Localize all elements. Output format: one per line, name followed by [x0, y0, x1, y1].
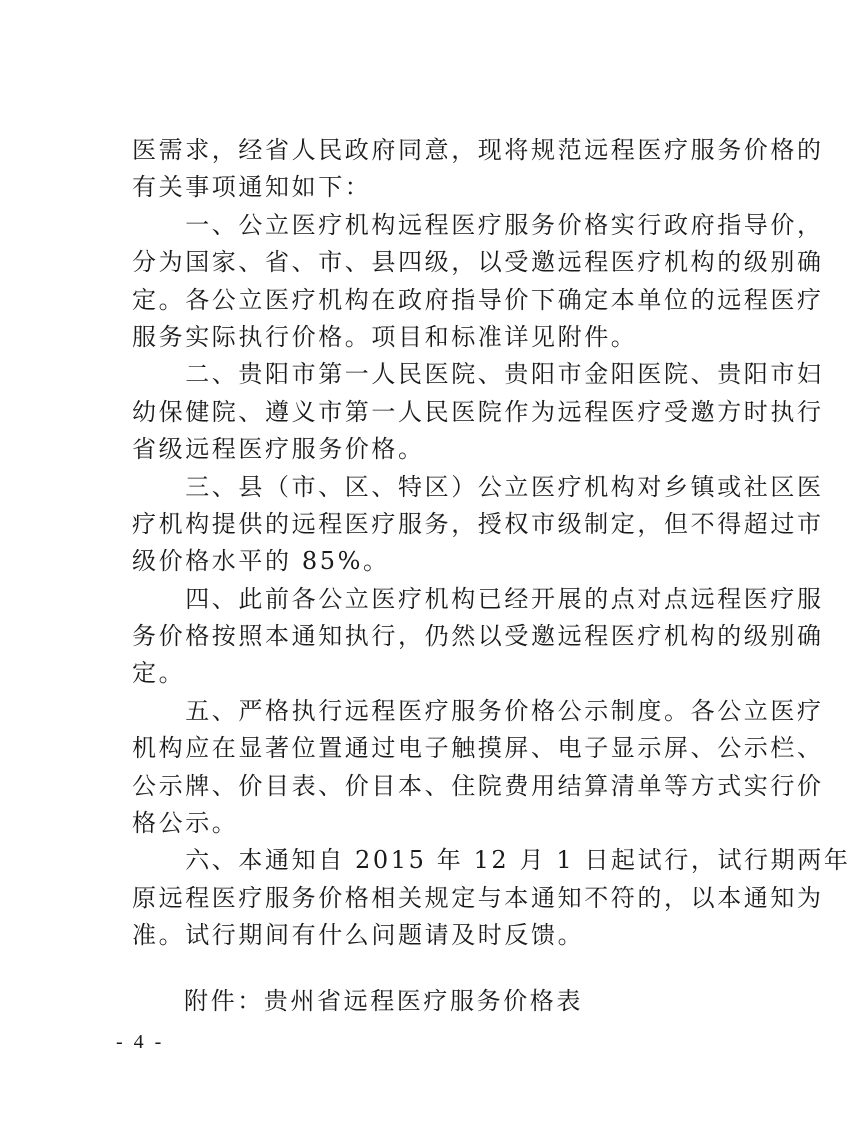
text-line: 定。各公立医疗机构在政府指导价下确定本单位的远程医疗: [132, 282, 724, 319]
text-line: 公示牌、价目表、价目本、住院费用结算清单等方式实行价: [132, 768, 724, 805]
text-line: 格公示。: [132, 805, 724, 842]
text-line: 分为国家、省、市、县四级，以受邀远程医疗机构的级别确: [132, 244, 724, 281]
paragraph-1-line: 一、公立医疗机构远程医疗服务价格实行政府指导价，: [132, 207, 724, 244]
text-line: 服务实际执行价格。项目和标准详见附件。: [132, 319, 724, 356]
text-line: 疗机构提供的远程医疗服务，授权市级制定，但不得超过市: [132, 506, 724, 543]
page-number: - 4 -: [116, 1030, 164, 1054]
text-line: 省级远程医疗服务价格。: [132, 431, 724, 468]
text-line: 定。: [132, 655, 724, 692]
paragraph-6-line: 六、本通知自 2015 年 12 月 1 日起试行，试行期两年。: [132, 842, 724, 879]
document-body: 医需求，经省人民政府同意，现将规范远程医疗服务价格的 有关事项通知如下： 一、公…: [132, 132, 724, 955]
text-line: 幼保健院、遵义市第一人民医院作为远程医疗受邀方时执行: [132, 394, 724, 431]
paragraph-5-line: 五、严格执行远程医疗服务价格公示制度。各公立医疗: [132, 693, 724, 730]
text-line: 有关事项通知如下：: [132, 169, 724, 206]
text-line: 级价格水平的 85%。: [132, 543, 724, 580]
attachment-note: 附件：贵州省远程医疗服务价格表: [184, 983, 583, 1020]
paragraph-3-line: 三、县（市、区、特区）公立医疗机构对乡镇或社区医: [132, 469, 724, 506]
text-line: 机构应在显著位置通过电子触摸屏、电子显示屏、公示栏、: [132, 730, 724, 767]
text-line: 务价格按照本通知执行，仍然以受邀远程医疗机构的级别确: [132, 618, 724, 655]
paragraph-4-line: 四、此前各公立医疗机构已经开展的点对点远程医疗服: [132, 581, 724, 618]
text-line: 原远程医疗服务价格相关规定与本通知不符的，以本通知为: [132, 880, 724, 917]
paragraph-2-line: 二、贵阳市第一人民医院、贵阳市金阳医院、贵阳市妇: [132, 356, 724, 393]
text-line: 医需求，经省人民政府同意，现将规范远程医疗服务价格的: [132, 132, 724, 169]
text-line: 准。试行期间有什么问题请及时反馈。: [132, 917, 724, 954]
